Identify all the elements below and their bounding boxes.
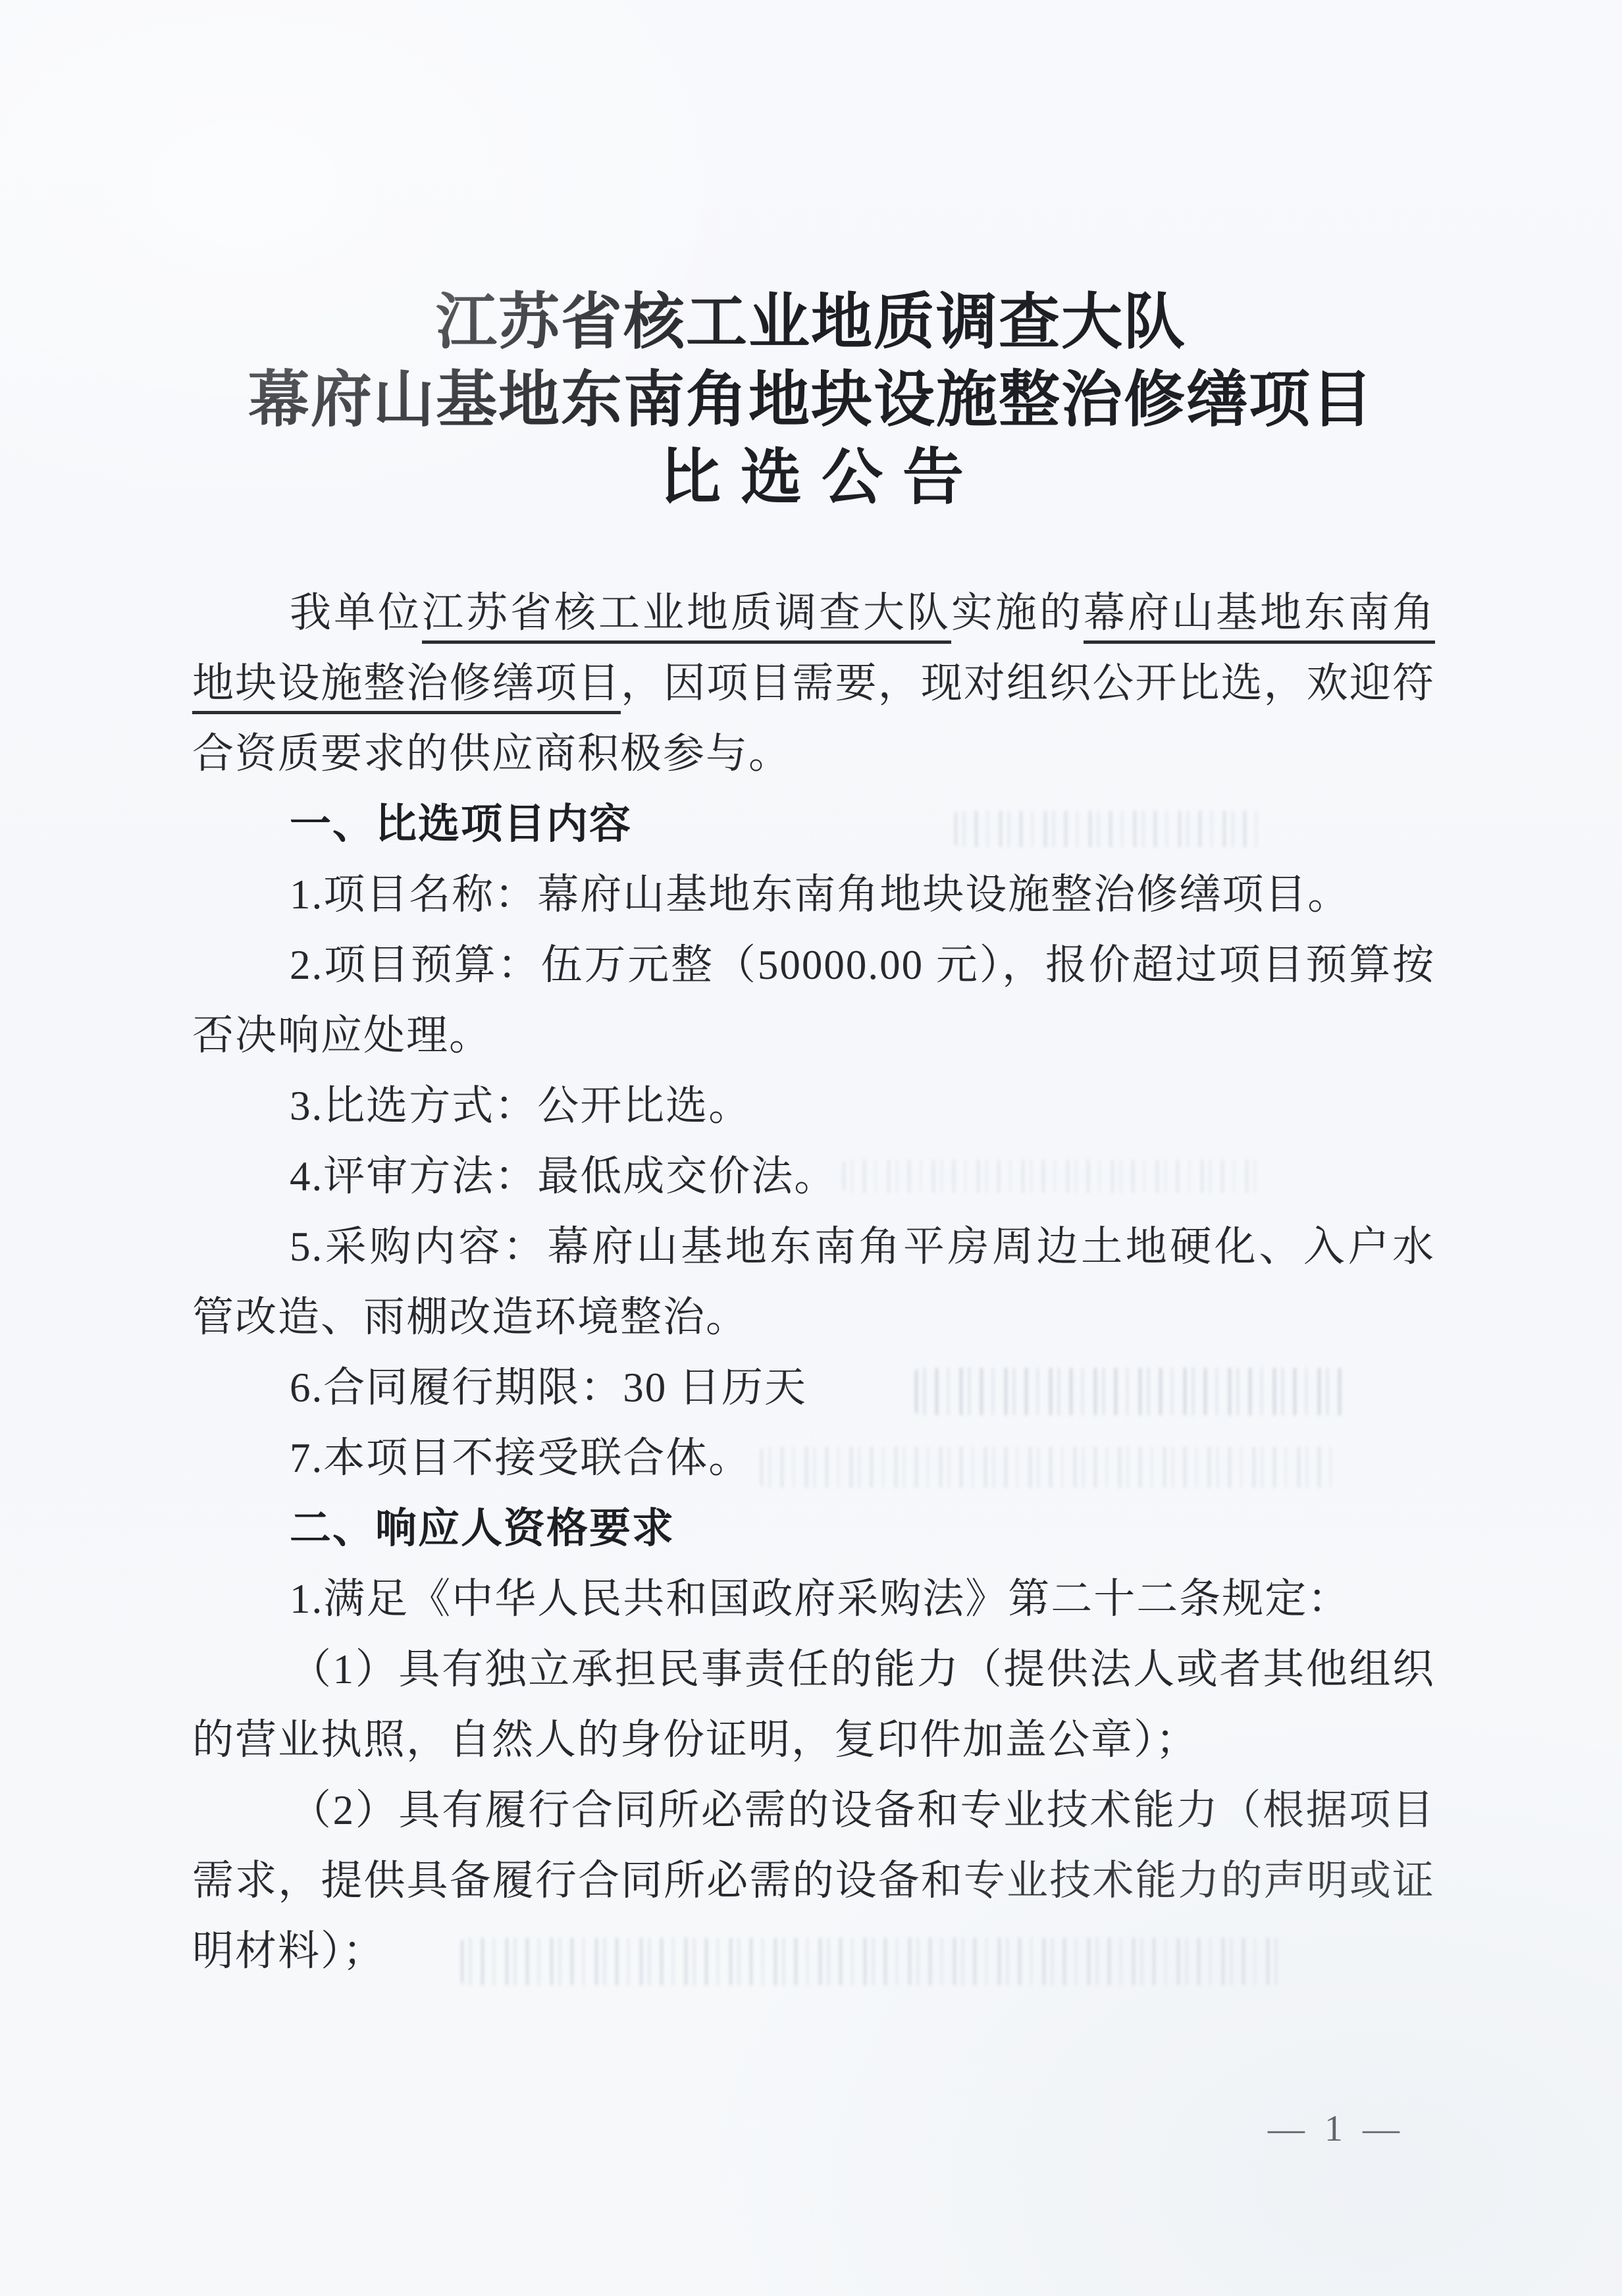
section2-item-technical-capability: （2）具有履行合同所必需的设备和专业技术能力（根据项目需求，提供具备履行合同所必… [192,1775,1435,1987]
intro-middle: 实施的 [951,590,1084,636]
scanned-document-page: 江苏省核工业地质调查大队 幕府山基地东南角地块设施整治修缮项目 比选公告 我单位… [0,0,1622,2296]
intro-prefix: 我单位 [290,590,422,636]
section1-item-no-consortium: 7.本项目不接受联合体。 [192,1423,1435,1494]
organization-name-underlined: 江苏省核工业地质调查大队 [422,590,951,644]
section1-item-method: 3.比选方式：公开比选。 [192,1071,1435,1141]
section1-item-contract-period: 6.合同履行期限：30 日历天 [192,1353,1435,1423]
page-number: — 1 — [1268,2108,1405,2150]
intro-paragraph: 我单位江苏省核工业地质调查大队实施的幕府山基地东南角地块设施整治修缮项目，因项目… [192,578,1435,789]
section2-item-law-requirement: 1.满足《中华人民共和国政府采购法》第二十二条规定： [192,1564,1435,1634]
title-line-announcement-type: 比选公告 [189,438,1433,516]
title-line-organization: 江苏省核工业地质调查大队 [189,283,1433,361]
section1-item-procurement-content: 5.采购内容：幕府山基地东南角平房周边土地硬化、入户水管改造、雨棚改造环境整治。 [192,1212,1435,1353]
document-title: 江苏省核工业地质调查大队 幕府山基地东南角地块设施整治修缮项目 比选公告 [189,283,1433,516]
document-body: 我单位江苏省核工业地质调查大队实施的幕府山基地东南角地块设施整治修缮项目，因项目… [192,578,1435,1987]
section2-heading: 二、响应人资格要求 [192,1494,1435,1564]
title-line-project: 幕府山基地东南角地块设施整治修缮项目 [189,361,1433,438]
section1-item-evaluation: 4.评审方法：最低成交价法。 [192,1141,1435,1212]
section2-item-civil-liability: （1）具有独立承担民事责任的能力（提供法人或者其他组织的营业执照，自然人的身份证… [192,1634,1435,1775]
section1-item-budget: 2.项目预算：伍万元整（50000.00 元），报价超过项目预算按否决响应处理。 [192,930,1435,1071]
section1-heading: 一、比选项目内容 [192,789,1435,860]
section1-item-project-name: 1.项目名称：幕府山基地东南角地块设施整治修缮项目。 [192,860,1435,930]
